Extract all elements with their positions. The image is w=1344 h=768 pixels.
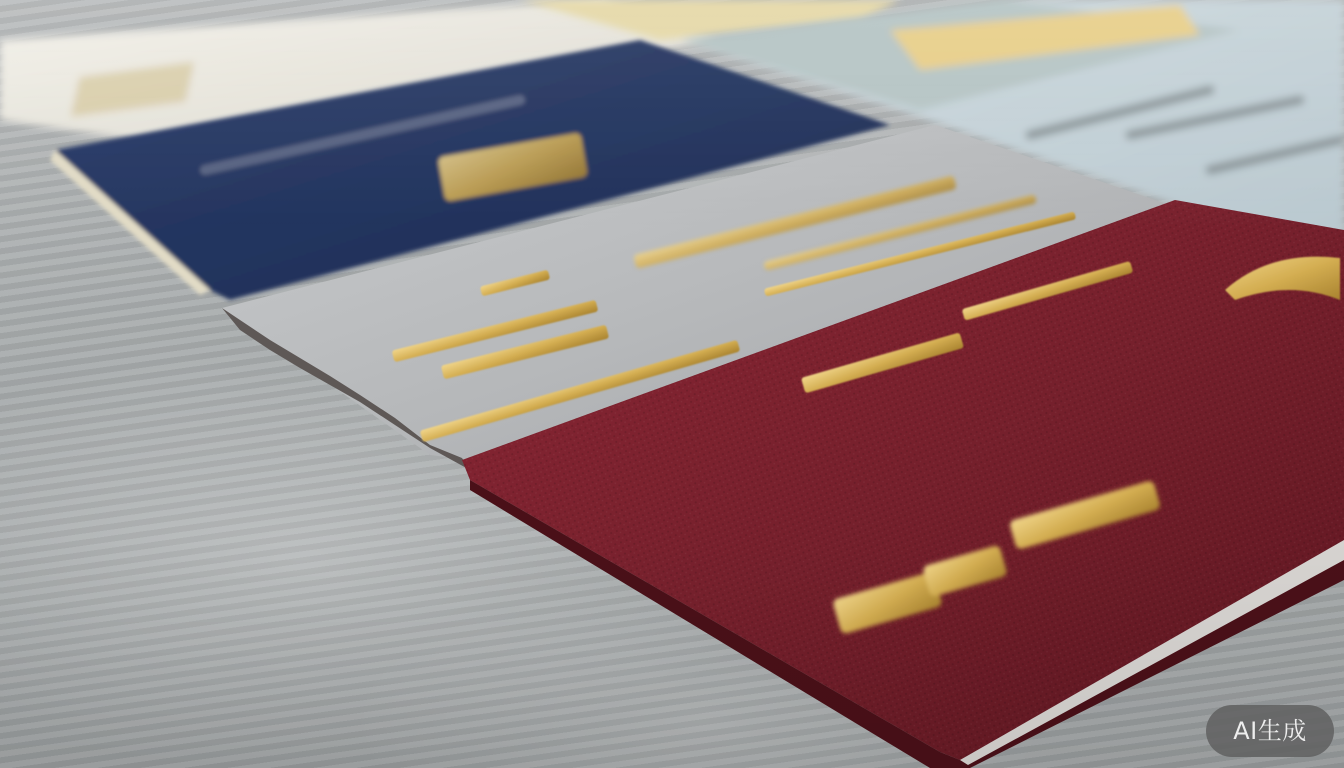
ai-generated-badge: AI生成 <box>1206 705 1334 757</box>
booklets-illustration <box>0 0 1344 768</box>
photo-scene <box>0 0 1344 768</box>
